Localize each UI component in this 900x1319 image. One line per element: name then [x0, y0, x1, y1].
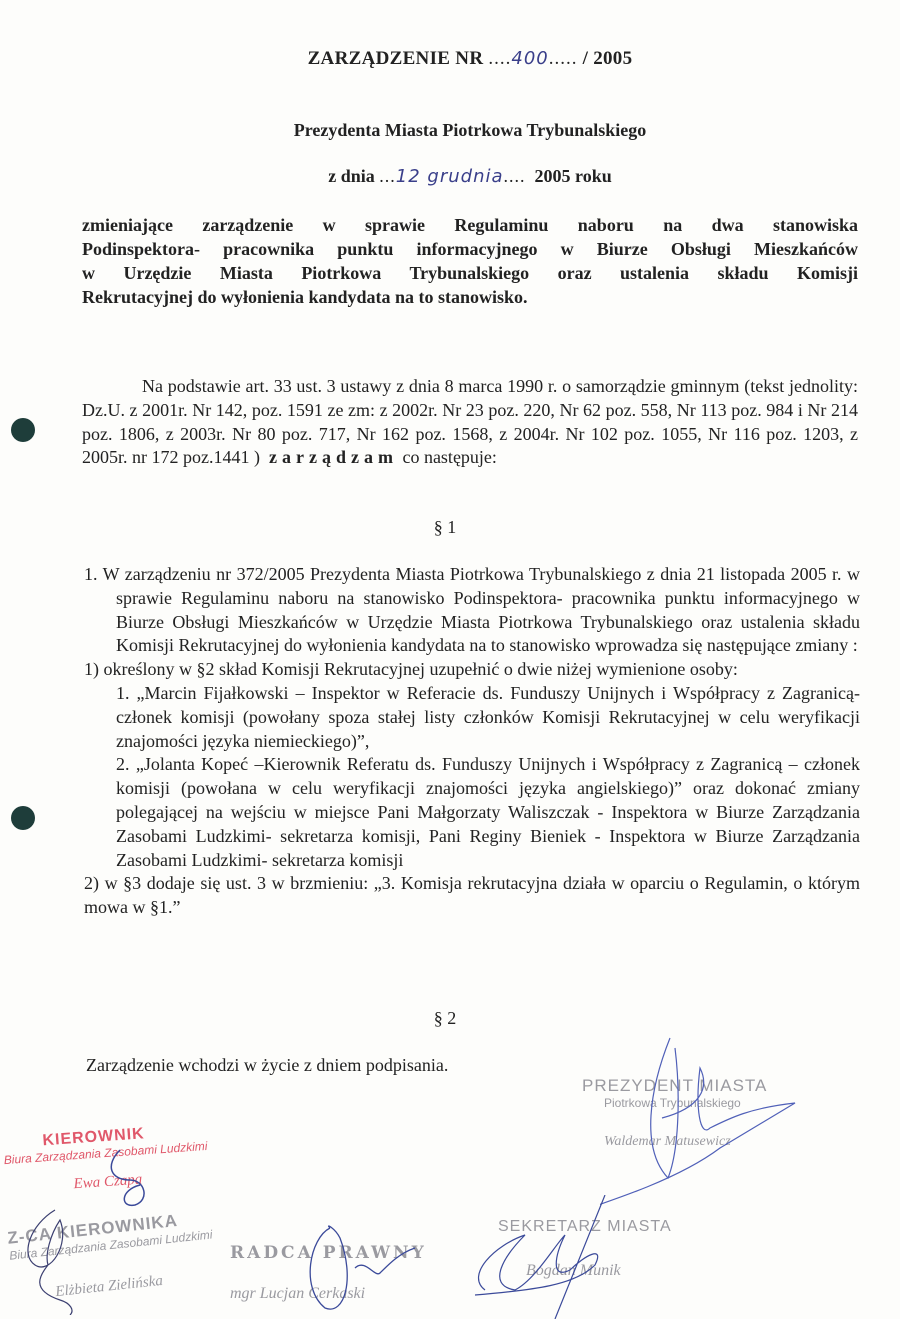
- section-2-text: Zarządzenie wchodzi w życie z dniem podp…: [86, 1054, 448, 1078]
- decree-tail: co następuje:: [402, 447, 496, 467]
- handwritten-number: 400: [511, 48, 548, 69]
- hr-head-signature: [100, 1140, 160, 1210]
- issuer: Prezydenta Miasta Piotrkowa Trybunalskie…: [0, 120, 900, 141]
- subject: zmieniające zarządzenie w sprawie Regula…: [82, 213, 858, 309]
- section-2-mark: § 2: [0, 1008, 890, 1029]
- punch-hole-top: [11, 418, 35, 442]
- hr-deputy-signature: [10, 1205, 90, 1315]
- change-1-intro: 1) określony w §2 skład Komisji Rekrutac…: [84, 658, 860, 682]
- number-dots: ....400.....: [488, 48, 577, 69]
- document-date: z dnia ...12 grudnia.... 2005 roku: [0, 166, 900, 187]
- handwritten-date: 12 grudnia: [396, 166, 504, 187]
- change-1-person-1: 1. „Marcin Fijałkowski – Inspektor w Ref…: [84, 682, 860, 753]
- decree-word: zarządzam: [269, 447, 398, 467]
- subject-line: Rekrutacyjnej do wyłonienia kandydata na…: [82, 285, 858, 309]
- section-1-content: 1. W zarządzeniu nr 372/2005 Prezydenta …: [84, 563, 860, 920]
- secretary-signature: [455, 1195, 655, 1319]
- subject-line: zmieniające zarządzenie w sprawie Regula…: [82, 213, 858, 237]
- date-suffix: 2005 roku: [535, 166, 612, 186]
- punch-hole-bottom: [11, 806, 35, 830]
- change-2: 2) w §3 dodaje się ust. 3 w brzmieniu: „…: [84, 872, 860, 920]
- date-prefix: z dnia: [328, 166, 375, 186]
- subject-line: w Urzędzie Miasta Piotrkowa Trybunalskie…: [82, 261, 858, 285]
- legal-advisor-signature: [295, 1218, 425, 1318]
- section-1-item-1: 1. W zarządzeniu nr 372/2005 Prezydenta …: [84, 563, 860, 658]
- date-dots: ...12 grudnia....: [379, 166, 525, 186]
- section-1-mark: § 1: [0, 517, 890, 538]
- legal-basis-paragraph: Na podstawie art. 33 ust. 3 ustawy z dni…: [82, 375, 858, 470]
- title-suffix: / 2005: [583, 48, 633, 69]
- document-title: ZARZĄDZENIE NR ....400..... / 2005: [0, 48, 900, 70]
- change-1-person-2: 2. „Jolanta Kopeć –Kierownik Referatu ds…: [84, 753, 860, 872]
- subject-line: Podinspektora- pracownika punktu informa…: [82, 237, 858, 261]
- title-prefix: ZARZĄDZENIE NR: [308, 48, 484, 69]
